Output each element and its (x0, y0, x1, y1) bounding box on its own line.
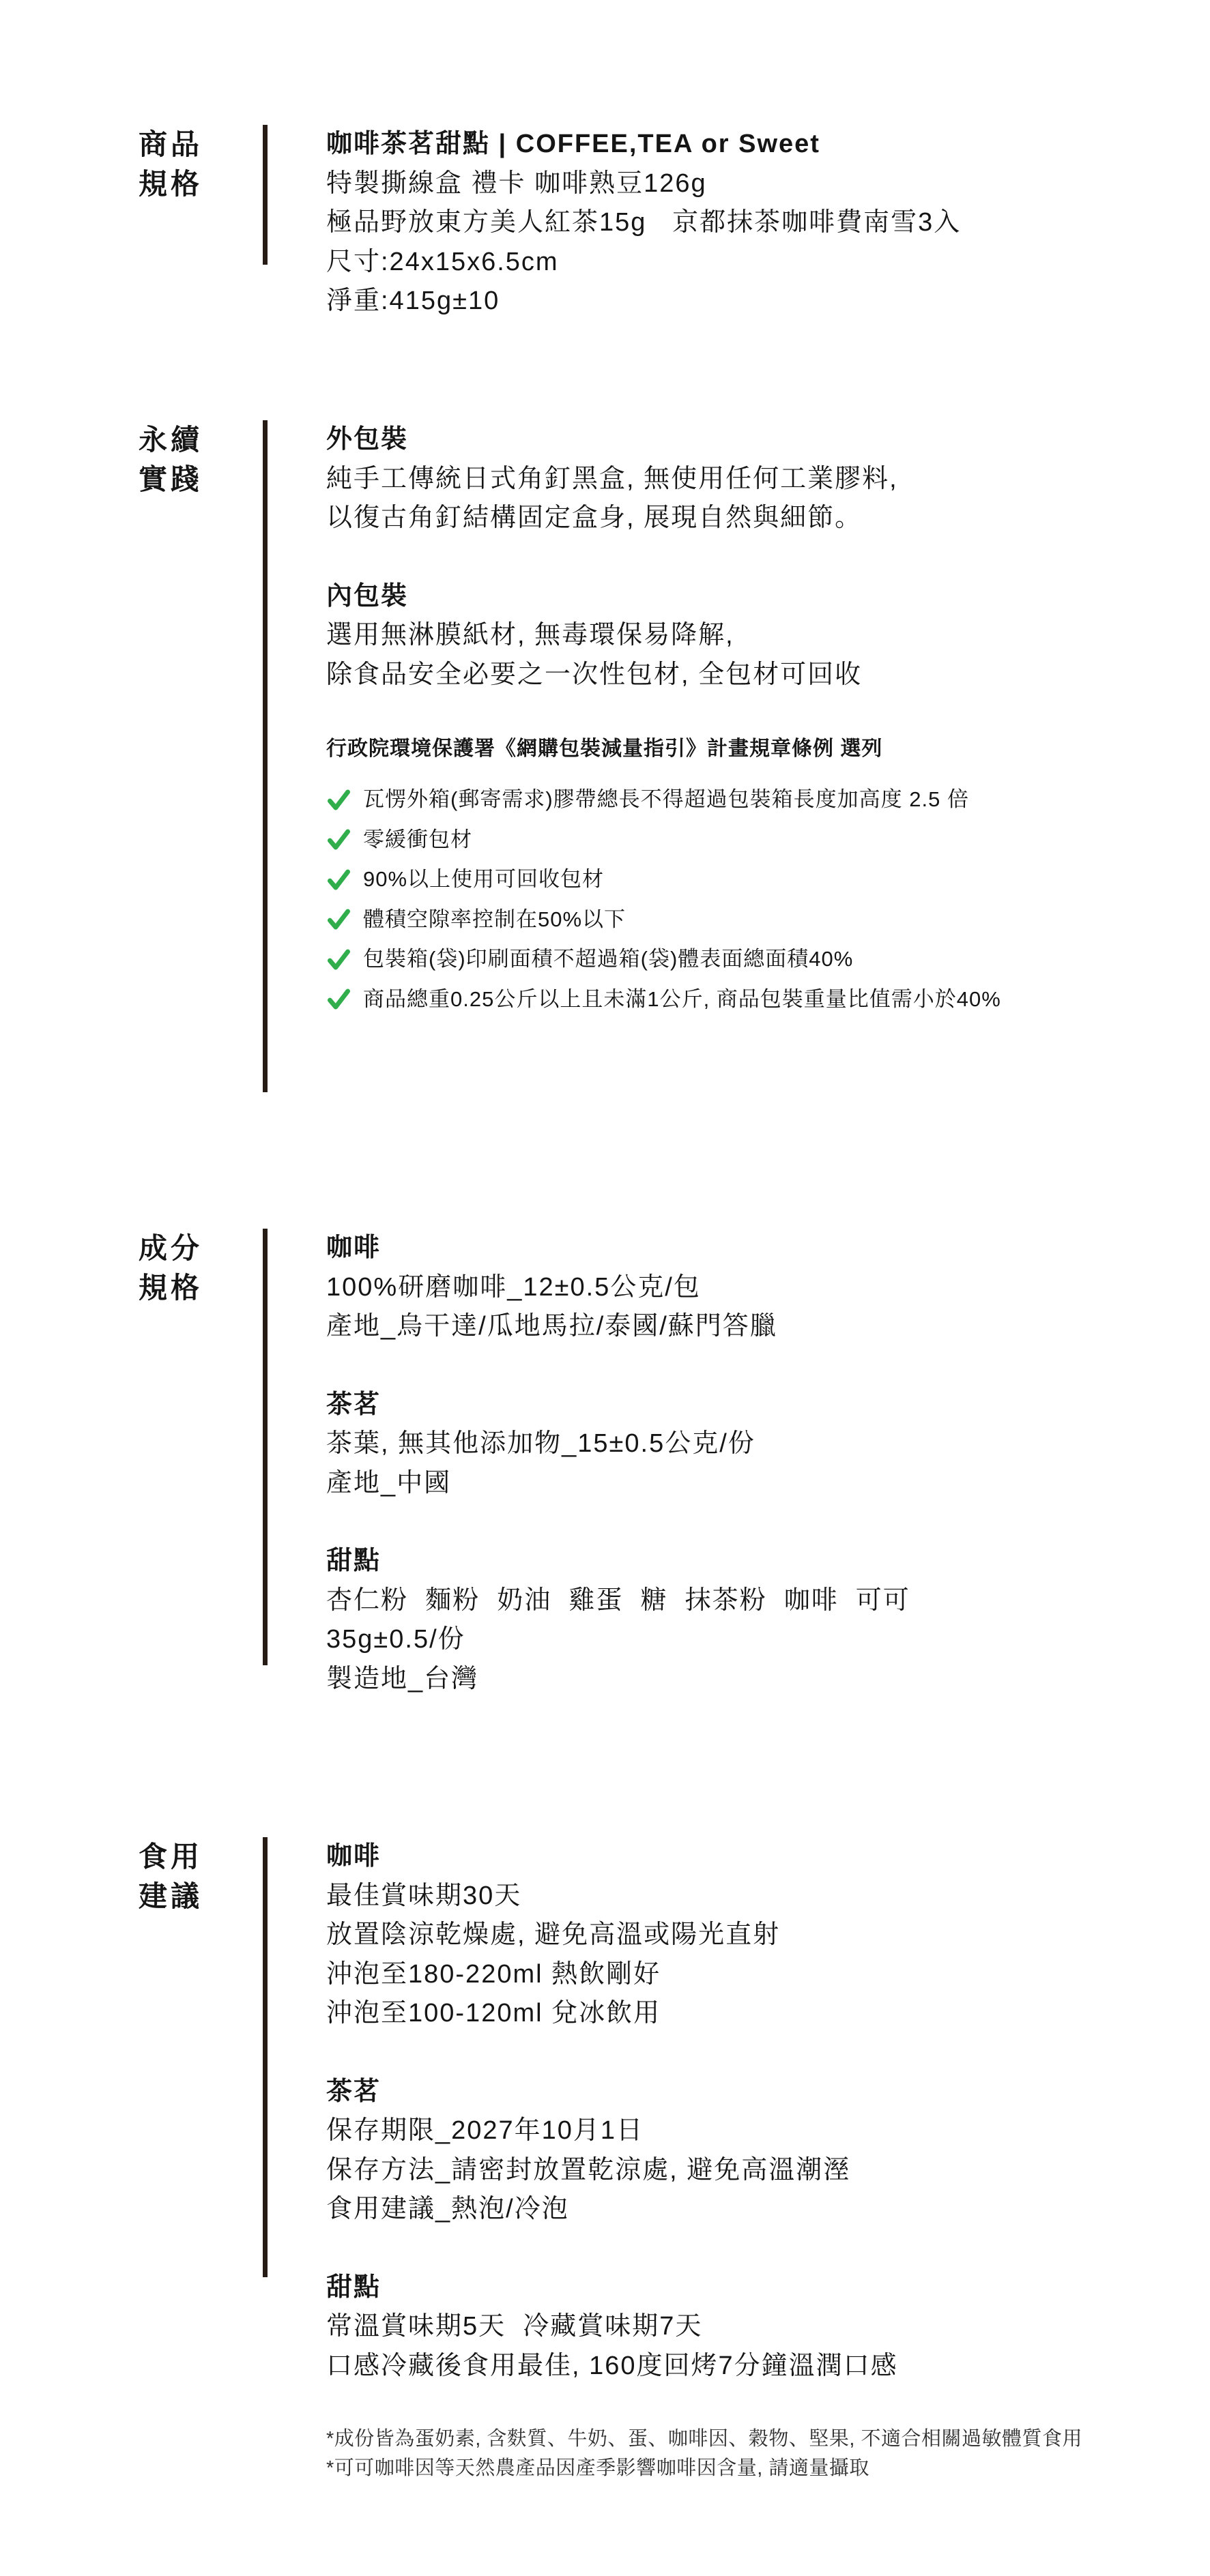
section-label-line: 成分 (139, 1229, 263, 1268)
checklist-item: 瓦愣外箱(郵寄需求)膠帶總長不得超過包裝箱長度加高度 2.5 倍 (326, 780, 1001, 820)
checklist-item-text: 零緩衝包材 (363, 820, 472, 860)
content-group-0: 咖啡最佳賞味期30天放置陰涼乾燥處, 避免高溫或陽光直射沖泡至180-220ml… (326, 1837, 1082, 2034)
group-heading: 咖啡 (326, 1229, 910, 1268)
checkmark-icon (326, 787, 351, 813)
footnotes: *成份皆為蛋奶素, 含麩質、牛奶、蛋、咖啡因、穀物、堅果, 不適合相關過敏體質食… (326, 2425, 1082, 2483)
group-line: 極品野放東方美人紅茶15g 京都抹茶咖啡費南雪3入 (326, 203, 961, 243)
group-line: 口感冷藏後食用最佳, 160度回烤7分鐘溫潤口感 (326, 2347, 1082, 2386)
checklist-item: 包裝箱(袋)印刷面積不超過箱(袋)體表面總面積40% (326, 939, 1001, 980)
group-line: 沖泡至100-120ml 兌冰飲用 (326, 1994, 1082, 2034)
group-heading: 甜點 (326, 1542, 910, 1581)
group-line: 沖泡至180-220ml 熱飲剛好 (326, 1955, 1082, 1995)
checklist-item-text: 體積空隙率控制在50%以下 (363, 900, 626, 940)
section-label: 永續實踐 (139, 420, 263, 499)
group-heading: 內包裝 (326, 577, 1001, 617)
group-line: 製造地_台灣 (326, 1660, 910, 1699)
section-divider-line (263, 1837, 268, 2277)
section-content: 外包裝純手工傳統日式角釘黑盒, 無使用任何工業膠料,以復古角釘結構固定盒身, 展… (326, 420, 1001, 1019)
checklist-item-text: 瓦愣外箱(郵寄需求)膠帶總長不得超過包裝箱長度加高度 2.5 倍 (363, 780, 969, 820)
section-content: 咖啡最佳賞味期30天放置陰涼乾燥處, 避免高溫或陽光直射沖泡至180-220ml… (326, 1837, 1082, 2483)
group-line: 純手工傳統日式角釘黑盒, 無使用任何工業膠料, (326, 460, 1001, 499)
checklist-item: 零緩衝包材 (326, 820, 1001, 860)
group-heading: 茶茗 (326, 1386, 910, 1425)
section-label-line: 商品 (139, 125, 263, 164)
group-line: 淨重:415g±10 (326, 282, 961, 321)
section-label: 商品規格 (139, 125, 263, 203)
footnote-line: *成份皆為蛋奶素, 含麩質、牛奶、蛋、咖啡因、穀物、堅果, 不適合相關過敏體質食… (326, 2425, 1082, 2454)
group-heading: 甜點 (326, 2268, 1082, 2308)
group-line: 常溫賞味期5天 冷藏賞味期7天 (326, 2307, 1082, 2347)
section-divider-line (263, 125, 268, 265)
group-line: 除食品安全必要之一次性包材, 全包材可回收 (326, 656, 1001, 695)
content-group-0: 咖啡茶茗甜點 | COFFEE,TEA or Sweet特製撕線盒 禮卡 咖啡熟… (326, 125, 961, 321)
checklist-item-text: 90%以上使用可回收包材 (363, 860, 604, 900)
group-heading: 外包裝 (326, 420, 1001, 460)
group-line: 最佳賞味期30天 (326, 1877, 1082, 1916)
group-line: 選用無淋膜紙材, 無毒環保易降解, (326, 616, 1001, 656)
section-ingredients-spec: 成分規格 咖啡100%研磨咖啡_12±0.5公克/包產地_烏干達/瓜地馬拉/泰國… (139, 1229, 910, 1738)
section-divider-line (263, 420, 268, 1092)
footnote-line: *可可咖啡因等天然農產品因產季影響咖啡因含量, 請適量攝取 (326, 2454, 1082, 2483)
section-label-line: 規格 (139, 164, 263, 204)
group-line: 茶葉, 無其他添加物_15±0.5公克/份 (326, 1424, 910, 1464)
section-label: 成分規格 (139, 1229, 263, 1307)
checklist-item-text: 商品總重0.25公斤以上且未滿1公斤, 商品包裝重量比值需小於40% (363, 980, 1001, 1020)
section-label-line: 永續 (139, 420, 263, 460)
section-content: 咖啡100%研磨咖啡_12±0.5公克/包產地_烏干達/瓜地馬拉/泰國/蘇門答臘… (326, 1229, 910, 1738)
group-line: 產地_中國 (326, 1464, 910, 1504)
section-content: 咖啡茶茗甜點 | COFFEE,TEA or Sweet特製撕線盒 禮卡 咖啡熟… (326, 125, 961, 360)
group-line: 35g±0.5/份 (326, 1620, 910, 1660)
group-line: 100%研磨咖啡_12±0.5公克/包 (326, 1268, 910, 1308)
group-line: 產地_烏干達/瓜地馬拉/泰國/蘇門答臘 (326, 1307, 910, 1347)
group-heading: 咖啡茶茗甜點 | COFFEE,TEA or Sweet (326, 125, 961, 164)
regulation-checklist: 行政院環境保護署《網購包裝減量指引》計畫規章條例 選列瓦愣外箱(郵寄需求)膠帶總… (326, 733, 1001, 1019)
group-line: 特製撕線盒 禮卡 咖啡熟豆126g (326, 164, 961, 204)
section-label-line: 規格 (139, 1268, 263, 1308)
checkmark-icon (326, 827, 351, 852)
section-label: 食用建議 (139, 1837, 263, 1916)
group-line: 放置陰涼乾燥處, 避免高溫或陽光直射 (326, 1916, 1082, 1955)
section-sustainability: 永續實踐 外包裝純手工傳統日式角釘黑盒, 無使用任何工業膠料,以復古角釘結構固定… (139, 420, 1001, 1092)
section-label-line: 建議 (139, 1877, 263, 1916)
section-label-line: 食用 (139, 1837, 263, 1877)
section-label-line: 實踐 (139, 460, 263, 499)
checklist-heading: 行政院環境保護署《網購包裝減量指引》計畫規章條例 選列 (326, 733, 1001, 765)
checklist-item: 體積空隙率控制在50%以下 (326, 900, 1001, 940)
content-group-1: 茶茗保存期限_2027年10月1日保存方法_請密封放置乾涼處, 避免高溫潮溼食用… (326, 2073, 1082, 2229)
content-group-0: 外包裝純手工傳統日式角釘黑盒, 無使用任何工業膠料,以復古角釘結構固定盒身, 展… (326, 420, 1001, 538)
content-group-1: 茶茗茶葉, 無其他添加物_15±0.5公克/份產地_中國 (326, 1386, 910, 1504)
content-group-1: 內包裝選用無淋膜紙材, 無毒環保易降解,除食品安全必要之一次性包材, 全包材可回… (326, 577, 1001, 695)
checkmark-icon (326, 907, 351, 932)
checklist-item-text: 包裝箱(袋)印刷面積不超過箱(袋)體表面總面積40% (363, 939, 853, 980)
checkmark-icon (326, 867, 351, 892)
section-divider-line (263, 1229, 268, 1665)
checklist-item: 商品總重0.25公斤以上且未滿1公斤, 商品包裝重量比值需小於40% (326, 980, 1001, 1020)
content-group-2: 甜點杏仁粉 麵粉 奶油 雞蛋 糖 抹茶粉 咖啡 可可35g±0.5/份製造地_台… (326, 1542, 910, 1699)
checklist-item: 90%以上使用可回收包材 (326, 860, 1001, 900)
section-product-spec: 商品規格 咖啡茶茗甜點 | COFFEE,TEA or Sweet特製撕線盒 禮… (139, 125, 961, 360)
group-line: 保存方法_請密封放置乾涼處, 避免高溫潮溼 (326, 2151, 1082, 2191)
group-line: 杏仁粉 麵粉 奶油 雞蛋 糖 抹茶粉 咖啡 可可 (326, 1581, 910, 1621)
group-heading: 咖啡 (326, 1837, 1082, 1877)
section-serving-suggestion: 食用建議 咖啡最佳賞味期30天放置陰涼乾燥處, 避免高溫或陽光直射沖泡至180-… (139, 1837, 1082, 2483)
checkmark-icon (326, 986, 351, 1012)
group-line: 以復古角釘結構固定盒身, 展現自然與細節。 (326, 499, 1001, 538)
group-line: 保存期限_2027年10月1日 (326, 2111, 1082, 2151)
content-group-2: 甜點常溫賞味期5天 冷藏賞味期7天口感冷藏後食用最佳, 160度回烤7分鐘溫潤口… (326, 2268, 1082, 2386)
content-group-0: 咖啡100%研磨咖啡_12±0.5公克/包產地_烏干達/瓜地馬拉/泰國/蘇門答臘 (326, 1229, 910, 1347)
checkmark-icon (326, 947, 351, 972)
group-line: 尺寸:24x15x6.5cm (326, 243, 961, 282)
group-heading: 茶茗 (326, 2073, 1082, 2112)
group-line: 食用建議_熱泡/冷泡 (326, 2190, 1082, 2229)
